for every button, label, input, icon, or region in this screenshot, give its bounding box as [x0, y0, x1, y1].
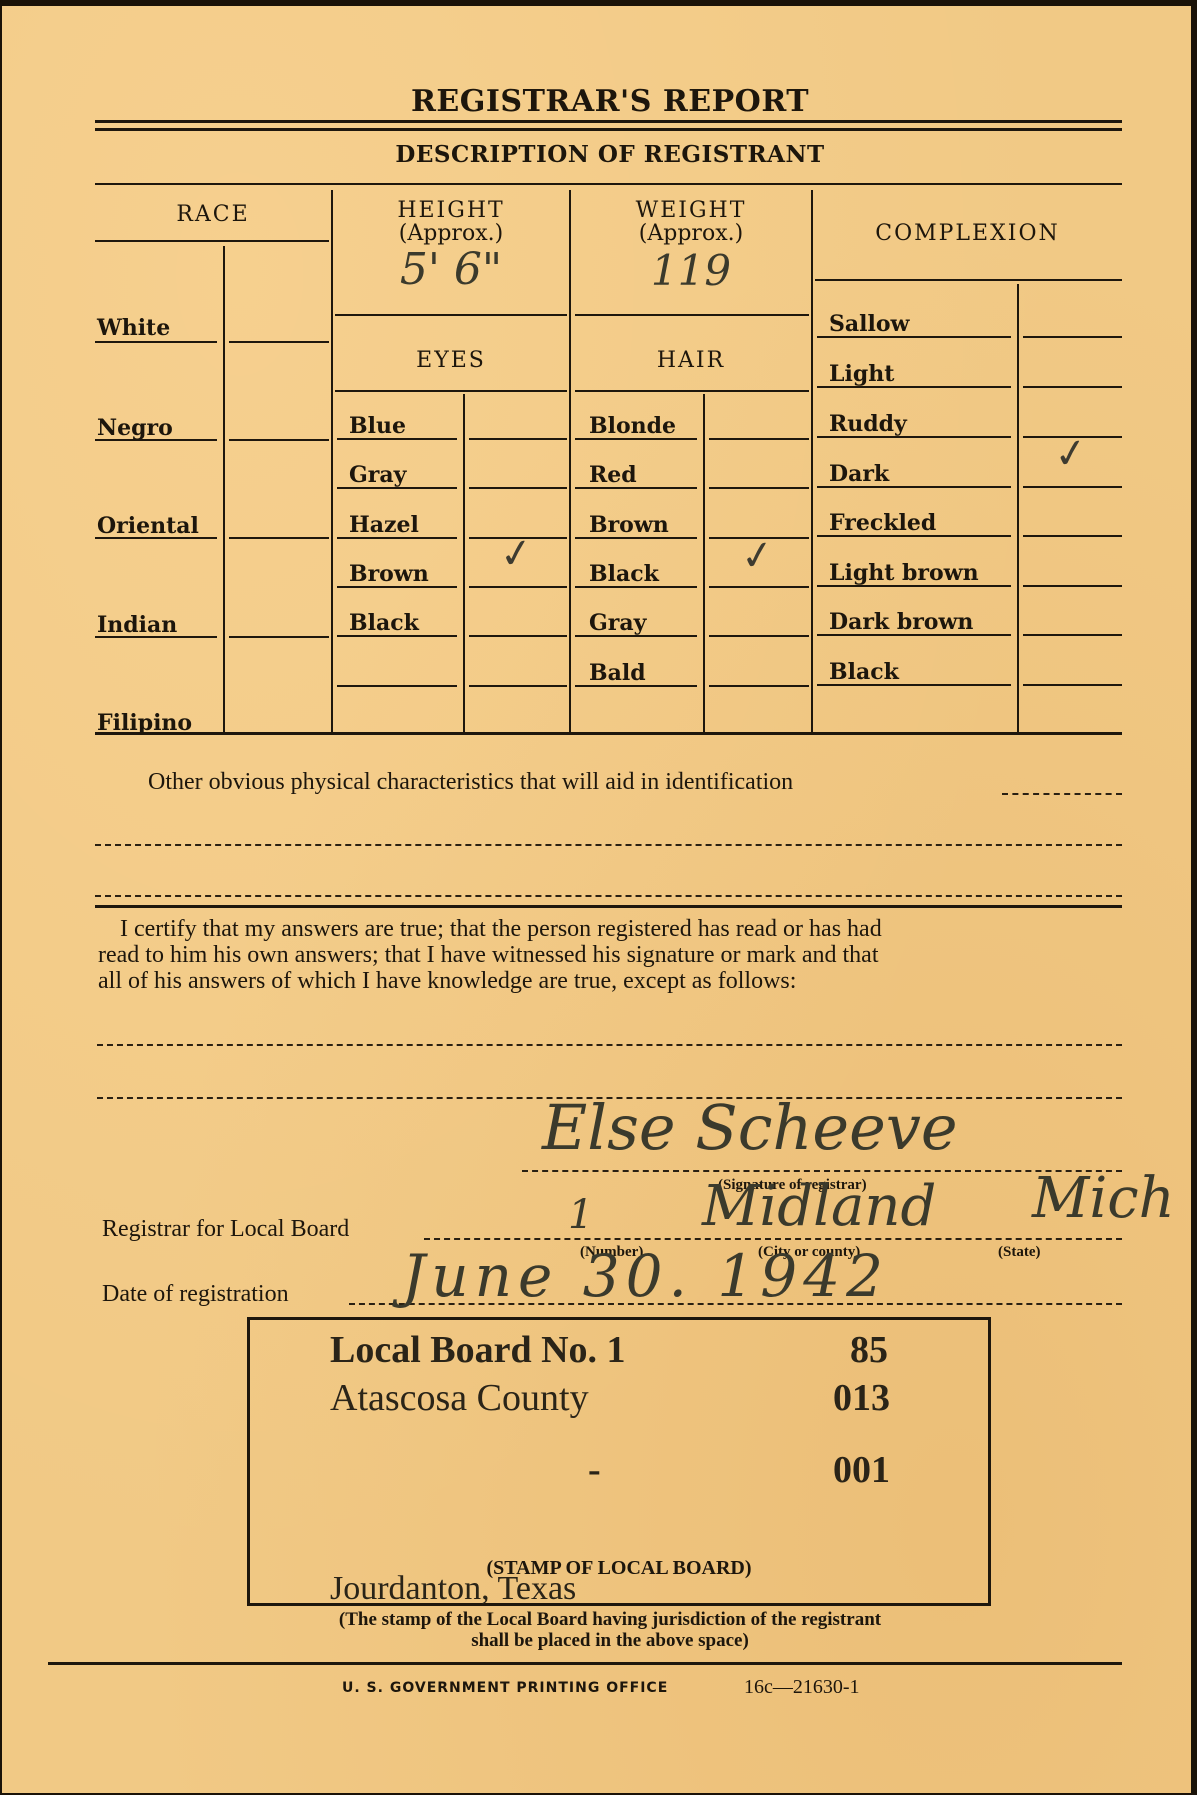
registration-date-label: Date of registration: [102, 1281, 289, 1308]
eyes-header: EYES: [333, 349, 569, 373]
eyes-checkbox-gray[interactable]: [467, 441, 567, 487]
race-check-rule: [229, 439, 329, 441]
race-checkbox-indian[interactable]: [227, 540, 329, 636]
eyes-option-brown: Brown: [349, 561, 429, 587]
registration-card: REGISTRAR'S REPORT DESCRIPTION OF REGIST…: [2, 6, 1191, 1793]
complexion-option-dark: Dark: [829, 461, 889, 487]
caption-state: (State): [998, 1244, 1040, 1261]
registrar-signature[interactable]: Else Scheeve: [542, 1091, 958, 1164]
complexion-checkbox-sallow[interactable]: [1021, 286, 1122, 336]
hair-option-black: Black: [589, 561, 659, 587]
race-option-indian: Indian: [97, 612, 177, 638]
stamp-code-3: 001: [833, 1448, 890, 1492]
complexion-checkbox-light-brown[interactable]: [1021, 538, 1122, 585]
height-rule: [335, 314, 567, 316]
hair-checkbox-blonde[interactable]: [707, 394, 809, 438]
height-approx-label: (Approx.): [333, 222, 569, 246]
divider-race-check: [223, 246, 225, 732]
stamp-board-name: Local Board No. 1: [330, 1328, 626, 1372]
weight-approx-label: (Approx.): [571, 222, 811, 246]
complexion-checkbox-black[interactable]: [1021, 637, 1122, 684]
race-check-rule: [229, 341, 329, 343]
table-bottom-rule: [95, 732, 1122, 735]
section-rule: [95, 905, 1122, 908]
race-checkbox-filipino[interactable]: [227, 639, 329, 731]
race-rule: [95, 537, 217, 539]
race-rule: [95, 636, 217, 638]
complexion-option-freckled: Freckled: [829, 510, 936, 536]
certification-line-3: all of his answers of which I have knowl…: [98, 968, 1128, 995]
stamp-dash: -: [588, 1448, 601, 1492]
local-board-stamp-box: Local Board No. 1 Atascosa County 85 013…: [247, 1317, 991, 1606]
certification-line-2: read to him his own answers; that I have…: [98, 942, 1128, 969]
race-rule: [95, 341, 217, 343]
race-option-filipino: Filipino: [97, 710, 192, 736]
complexion-checkbox-dark-brown[interactable]: [1021, 588, 1122, 634]
race-checkbox-white[interactable]: [227, 246, 329, 341]
stamp-location: Jourdanton, Texas: [330, 1570, 576, 1608]
local-board-label: Registrar for Local Board: [102, 1216, 349, 1243]
eyes-header-rule: [335, 390, 567, 392]
complexion-option-light: Light: [829, 361, 894, 387]
stamp-note-line-2: shall be placed in the above space): [2, 1630, 1197, 1651]
height-value[interactable]: 5' 6": [333, 244, 569, 295]
complexion-option-black: Black: [829, 659, 899, 685]
hair-checkbox-bald[interactable]: [707, 638, 809, 685]
certification-line-1: I certify that my answers are true; that…: [120, 916, 1130, 943]
exceptions-line-1[interactable]: [97, 1044, 1122, 1046]
other-characteristics-line-2[interactable]: [95, 844, 1122, 846]
hair-option-red: Red: [589, 462, 637, 488]
race-option-white: White: [97, 315, 170, 341]
stamp-county: Atascosa County: [330, 1376, 589, 1420]
stamp-code-1: 85: [850, 1328, 888, 1372]
hair-header: HAIR: [571, 349, 811, 373]
height-header: HEIGHT: [333, 199, 569, 223]
footer-rule: [48, 1662, 1122, 1665]
hair-option-gray: Gray: [589, 610, 646, 636]
other-characteristics-label: Other obvious physical characteristics t…: [148, 769, 793, 796]
weight-rule: [575, 314, 809, 316]
eyes-option-black: Black: [349, 610, 419, 636]
registration-date-value[interactable]: June 30. 1942: [402, 1242, 889, 1310]
hair-checkbox-red[interactable]: [707, 441, 809, 487]
eyes-option-hazel: Hazel: [349, 512, 419, 538]
complexion-header: COMPLEXION: [813, 222, 1122, 246]
race-checkbox-negro[interactable]: [227, 344, 329, 439]
stamp-note-line-1: (The stamp of the Local Board having jur…: [2, 1609, 1197, 1630]
local-board-number[interactable]: 1: [568, 1192, 593, 1238]
local-board-city[interactable]: Midland: [702, 1174, 936, 1239]
weight-value[interactable]: 119: [571, 246, 811, 295]
eyes-checkbox-black[interactable]: [467, 589, 567, 635]
eyes-option-blue: Blue: [349, 413, 406, 439]
complexion-option-dark-brown: Dark brown: [829, 609, 973, 635]
other-characteristics-line-1[interactable]: [1002, 793, 1122, 795]
double-rule-top: [95, 120, 1122, 123]
race-check-rule: [229, 636, 329, 638]
complexion-checkbox-freckled[interactable]: [1021, 489, 1122, 535]
race-rule: [95, 439, 217, 441]
race-header-rule: [95, 240, 329, 242]
complexion-checkbox-light[interactable]: [1021, 339, 1122, 386]
hair-option-blonde: Blonde: [589, 413, 676, 439]
race-checkbox-oriental[interactable]: [227, 442, 329, 537]
report-title: REGISTRAR'S REPORT: [2, 84, 1197, 119]
race-option-negro: Negro: [97, 415, 173, 441]
race-check-rule: [229, 537, 329, 539]
divider-complexion-check: [1017, 284, 1019, 732]
hair-header-rule: [575, 390, 809, 392]
divider-eyes-check: [463, 394, 465, 732]
race-header: RACE: [95, 203, 331, 227]
other-characteristics-line-3[interactable]: [95, 895, 1122, 897]
complexion-option-ruddy: Ruddy: [829, 411, 907, 437]
double-rule-bottom: [95, 128, 1122, 131]
section-title: DESCRIPTION OF REGISTRANT: [2, 141, 1197, 168]
eyes-option-gray: Gray: [349, 462, 406, 488]
divider-hair-check: [703, 394, 705, 732]
hair-option-brown: Brown: [589, 512, 669, 538]
complexion-option-light-brown: Light brown: [829, 560, 979, 586]
table-top-rule: [95, 183, 1122, 185]
weight-header: WEIGHT: [571, 199, 811, 223]
hair-checkbox-gray[interactable]: [707, 589, 809, 635]
form-number: 16c—21630-1: [744, 1676, 860, 1699]
complexion-option-sallow: Sallow: [829, 311, 909, 337]
stamp-code-2: 013: [833, 1376, 890, 1420]
hair-option-bald: Bald: [589, 660, 646, 686]
complexion-header-rule: [815, 279, 1122, 281]
eyes-checkbox-blue[interactable]: [467, 394, 567, 438]
printer-imprint: U. S. GOVERNMENT PRINTING OFFICE: [342, 1680, 668, 1696]
local-board-state[interactable]: Mich: [1032, 1166, 1175, 1231]
divider-weight-complexion: [811, 190, 813, 732]
race-option-oriental: Oriental: [97, 513, 199, 539]
stamp-note: (The stamp of the Local Board having jur…: [2, 1609, 1197, 1651]
